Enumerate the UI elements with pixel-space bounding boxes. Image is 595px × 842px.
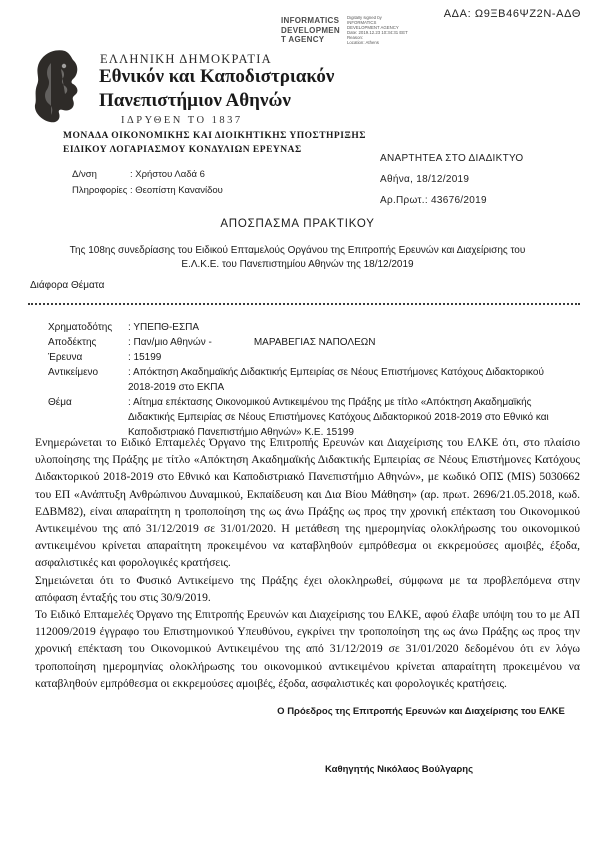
contact-value: : Θεοπίστη Κανανίδου [130,185,223,196]
body-paragraph-3: Το Ειδικό Επταμελές Όργανο της Επιτροπής… [35,606,580,692]
field-label: Αποδέκτης [48,335,128,350]
body-paragraph-2: Σημειώνεται ότι το Φυσικό Αντικείμενο τη… [35,572,580,606]
session-line2: Ε.Λ.Κ.Ε. του Πανεπιστημίου Αθηνών της 18… [25,259,570,270]
field-value: : Απόκτηση Ακαδημαϊκής Διδακτικής Εμπειρ… [128,365,558,395]
stamp-detail-line: Location: Athens [347,41,408,46]
document-page: ΑΔΑ: Ω9ΞΒ46ΨΖ2Ν-ΑΔΘ INFORMATICS DEVELOPM… [0,0,595,842]
field-label: Αντικείμενο [48,365,128,395]
address-value: : Χρήστου Λαδά 6 [130,169,205,180]
unit-name-line2: ΕΙΔΙΚΟΥ ΛΟΓΑΡΙΑΣΜΟΥ ΚΟΝΔΥΛΙΩΝ ΕΡΕΥΝΑΣ [63,145,302,155]
contact-row: Πληροφορίες : Θεοπίστη Κανανίδου [72,185,223,196]
field-value: : Παν/μιο Αθηνών -ΜΑΡΑΒΕΓΙΑΣ ΝΑΠΟΛΕΩΝ [128,335,558,350]
city-date-line: Αθήνα, 18/12/2019 [380,174,469,185]
stamp-agency-name: INFORMATICS DEVELOPMEN T AGENCY [281,16,340,45]
field-row-subject-project: Αντικείμενο : Απόκτηση Ακαδημαϊκής Διδακ… [48,365,558,395]
unit-name-line1: ΜΟΝΑΔΑ ΟΙΚΟΝΟΜΙΚΗΣ ΚΑΙ ΔΙΟΙΚΗΤΙΚΗΣ ΥΠΟΣΤ… [63,131,366,141]
field-value: : ΥΠΕΠΘ-ΕΣΠΑ [128,320,558,335]
field-row-recipient: Αποδέκτης : Παν/μιο Αθηνών -ΜΑΡΑΒΕΓΙΑΣ Ν… [48,335,558,350]
field-row-funder: Χρηματοδότης : ΥΠΕΠΘ-ΕΣΠΑ [48,320,558,335]
university-emblem-icon [31,49,97,123]
field-label: Χρηματοδότης [48,320,128,335]
session-line1: Της 108ης συνεδρίασης του Ειδικού Επταμε… [25,245,570,256]
founded-year-label: ΙΔΡΥΘΕΝ ΤΟ 1837 [121,115,243,126]
signatory-role-line: Ο Πρόεδρος της Επιτροπής Ερευνών και Δια… [265,706,577,717]
university-name-line1: Εθνικόν και Καποδιστριακόν [99,66,334,88]
digital-signature-stamp: INFORMATICS DEVELOPMEN T AGENCY Digitall… [281,16,431,58]
topics-label: Διάφορα Θέματα [30,280,104,291]
stamp-signature-details: Digitally signed by INFORMATICS DEVELOPM… [347,16,408,46]
metadata-fields: Χρηματοδότης : ΥΠΕΠΘ-ΕΣΠΑ Αποδέκτης : Πα… [48,320,558,440]
contact-label: Πληροφορίες [72,185,130,196]
dotted-divider [28,303,580,305]
ada-code: ΑΔΑ: Ω9ΞΒ46ΨΖ2Ν-ΑΔΘ [444,8,581,20]
field-row-research: Έρευνα : 15199 [48,350,558,365]
recipient-institution: : Παν/μιο Αθηνών - [128,337,212,348]
protocol-number-line: Αρ.Πρωτ.: 43676/2019 [380,195,487,206]
university-name-line2: Πανεπιστήμιον Αθηνών [99,90,291,112]
field-value: : 15199 [128,350,558,365]
extract-title: ΑΠΟΣΠΑΣΜΑ ΠΡΑΚΤΙΚΟΥ [0,218,595,230]
field-label: Έρευνα [48,350,128,365]
signatory-name-line: Καθηγητής Νικόλαος Βούλγαρης [243,764,555,775]
recipient-name: ΜΑΡΑΒΕΓΙΑΣ ΝΑΠΟΛΕΩΝ [254,337,376,348]
web-posting-label: ΑΝΑΡΤΗΤΕΑ ΣΤΟ ΔΙΑΔΙΚΤΥΟ [380,153,524,164]
body-paragraph-1: Ενημερώνεται το Ειδικό Επταμελές Όργανο … [35,434,580,572]
address-label: Δ/νση [72,169,130,180]
hellenic-republic-label: ΕΛΛΗΝΙΚΗ ΔΗΜΟΚΡΑΤΙΑ [100,52,272,67]
document-body: Ενημερώνεται το Ειδικό Επταμελές Όργανο … [35,434,580,692]
address-row: Δ/νση : Χρήστου Λαδά 6 [72,169,205,180]
